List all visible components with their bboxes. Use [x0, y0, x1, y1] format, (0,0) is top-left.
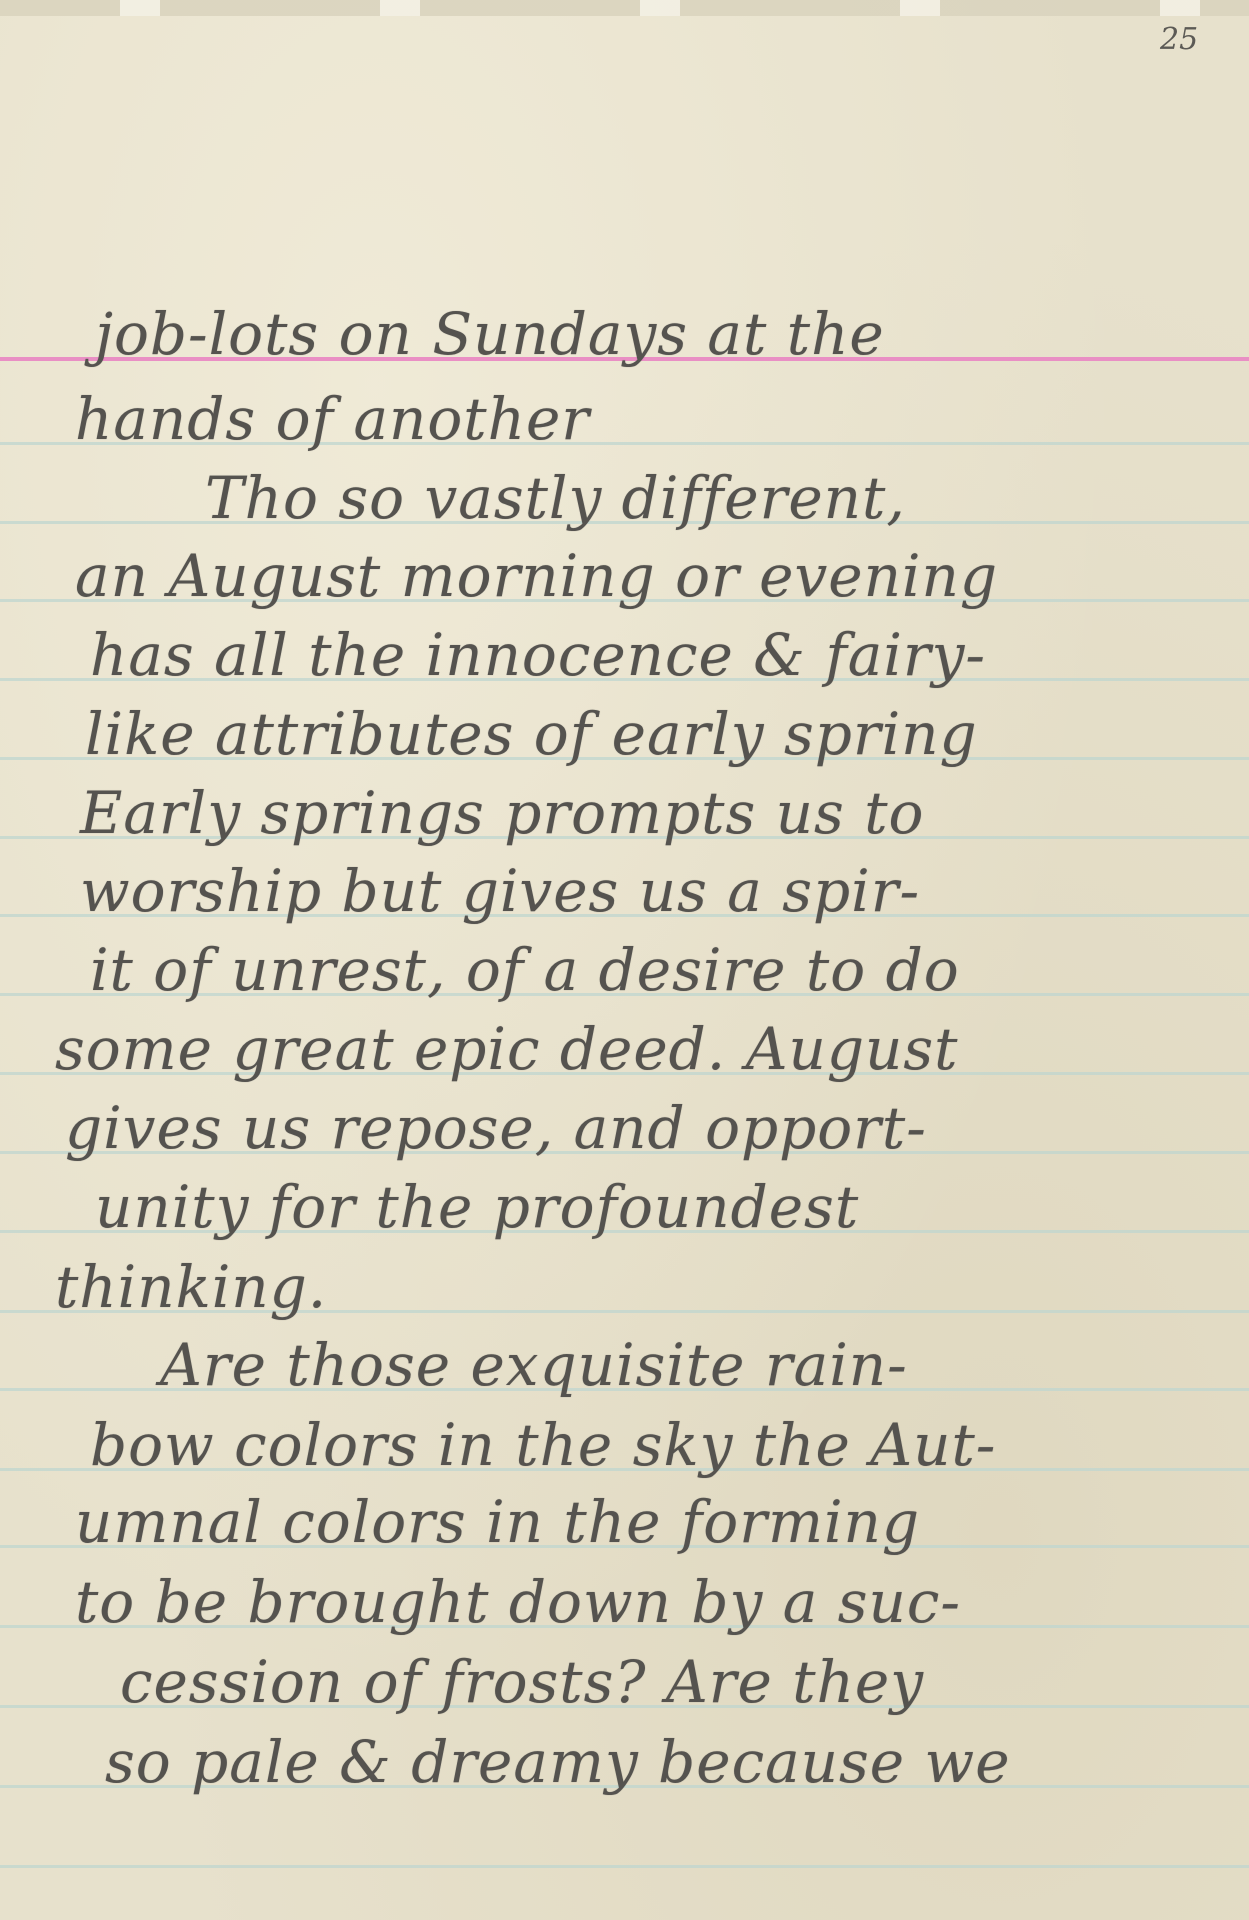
text-line: has all the innocence & fairy-: [0, 620, 1249, 690]
spiral-binding-edge: [0, 0, 1249, 16]
text-line: it of unrest, of a desire to do: [0, 935, 1249, 1005]
text-line: thinking.: [0, 1252, 1249, 1322]
text-line: Are those exquisite rain-: [0, 1330, 1249, 1400]
text-line: so pale & dreamy because we: [0, 1727, 1249, 1797]
text-line: umnal colors in the forming: [0, 1487, 1249, 1557]
ruled-line: [0, 1865, 1249, 1868]
text-line: unity for the profoundest: [0, 1172, 1249, 1242]
text-line: to be brought down by a suc-: [0, 1567, 1249, 1637]
text-line: gives us repose, and opport-: [0, 1093, 1249, 1163]
text-line: bow colors in the sky the Aut-: [0, 1410, 1249, 1480]
text-line: an August morning or evening: [0, 541, 1249, 611]
text-line: like attributes of early spring: [0, 699, 1249, 769]
text-line: worship but gives us a spir-: [0, 856, 1249, 926]
page-number: 25: [1160, 22, 1198, 57]
text-line: some great epic deed. August: [0, 1014, 1249, 1084]
text-line: Early springs prompts us to: [0, 778, 1249, 848]
notebook-page: 25 job-lots on Sundays at thehands of an…: [0, 0, 1249, 1920]
text-line: hands of another: [0, 384, 1249, 454]
text-line: cession of frosts? Are they: [0, 1647, 1249, 1717]
text-line: job-lots on Sundays at the: [0, 299, 1249, 369]
text-line: Tho so vastly different,: [0, 463, 1249, 533]
